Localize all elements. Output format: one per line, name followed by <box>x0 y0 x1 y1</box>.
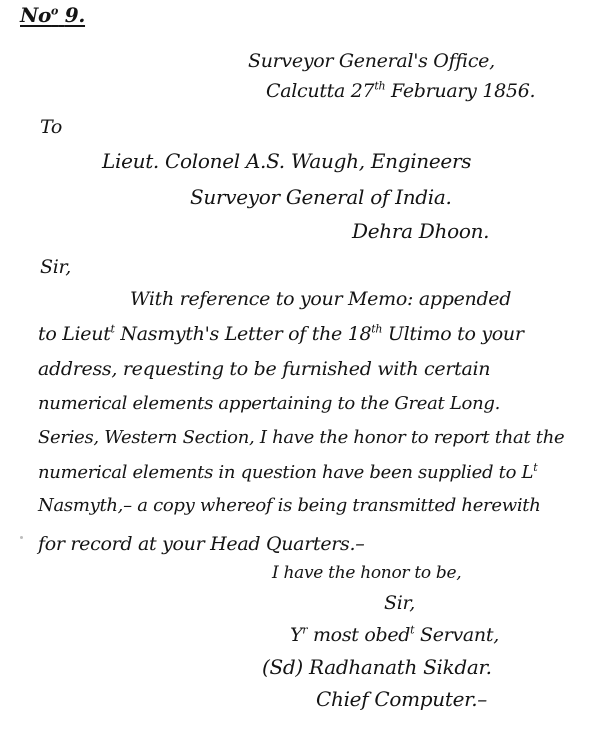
body-line-2-pre: to Lieut <box>38 323 111 345</box>
date-rest: February 1856. <box>385 80 535 102</box>
place-and-date: Calcutta 27th February 1856. <box>266 80 535 102</box>
sender-office: Surveyor General's Office, <box>248 50 495 72</box>
closing-line-3-pre: Y <box>290 624 302 646</box>
addressee-line-3: Dehra Dhoon. <box>352 220 489 242</box>
signatory-title: Chief Computer.– <box>316 688 487 710</box>
closing-line-3-mid: most obed <box>307 624 410 646</box>
salutation-to: To <box>40 116 62 138</box>
body-line-3: address, requesting to be furnished with… <box>38 358 490 380</box>
body-line-8: for record at your Head Quarters.– <box>38 533 364 555</box>
day-suffix: th <box>374 80 385 93</box>
addressee-line-2: Surveyor General of India. <box>190 186 452 208</box>
ink-speck <box>20 536 23 539</box>
body-line-6-sup: t <box>533 461 537 474</box>
number-value: 9. <box>65 3 85 27</box>
closing-line-1: I have the honor to be, <box>272 562 461 584</box>
body-line-4: numerical elements appertaining to the G… <box>38 393 500 415</box>
signature: (Sd) Radhanath Sikdar. <box>262 656 492 678</box>
body-line-2: to Lieutt Nasmyth's Letter of the 18th U… <box>38 323 524 345</box>
body-line-2-post: Ultimo to your <box>382 323 523 345</box>
closing-line-3: Yr most obedt Servant, <box>290 624 499 646</box>
salutation: Sir, <box>40 256 71 278</box>
body-line-6: numerical elements in question have been… <box>38 462 537 484</box>
letter-page: Noo 9. Surveyor General's Office, Calcut… <box>0 0 601 746</box>
body-line-6-text: numerical elements in question have been… <box>38 462 533 483</box>
closing-line-3-post: Servant, <box>414 624 499 646</box>
body-line-5: Series, Western Section, I have the hono… <box>38 427 564 449</box>
closing-line-2: Sir, <box>384 592 415 614</box>
letter-number: Noo 9. <box>20 4 85 26</box>
body-line-2-mid: Nasmyth's Letter of the 18 <box>115 323 372 345</box>
number-prefix: No <box>20 3 51 27</box>
signed-mark: (Sd) <box>262 655 303 679</box>
body-line-1: With reference to your Memo: appended <box>130 288 511 310</box>
place-text: Calcutta 27 <box>266 80 374 102</box>
addressee-line-1: Lieut. Colonel A.S. Waugh, Engineers <box>102 150 471 172</box>
signatory-name: Radhanath Sikdar. <box>303 655 492 679</box>
body-line-2-mid-sup: th <box>371 323 382 336</box>
body-line-7: Nasmyth,– a copy whereof is being transm… <box>38 495 541 517</box>
